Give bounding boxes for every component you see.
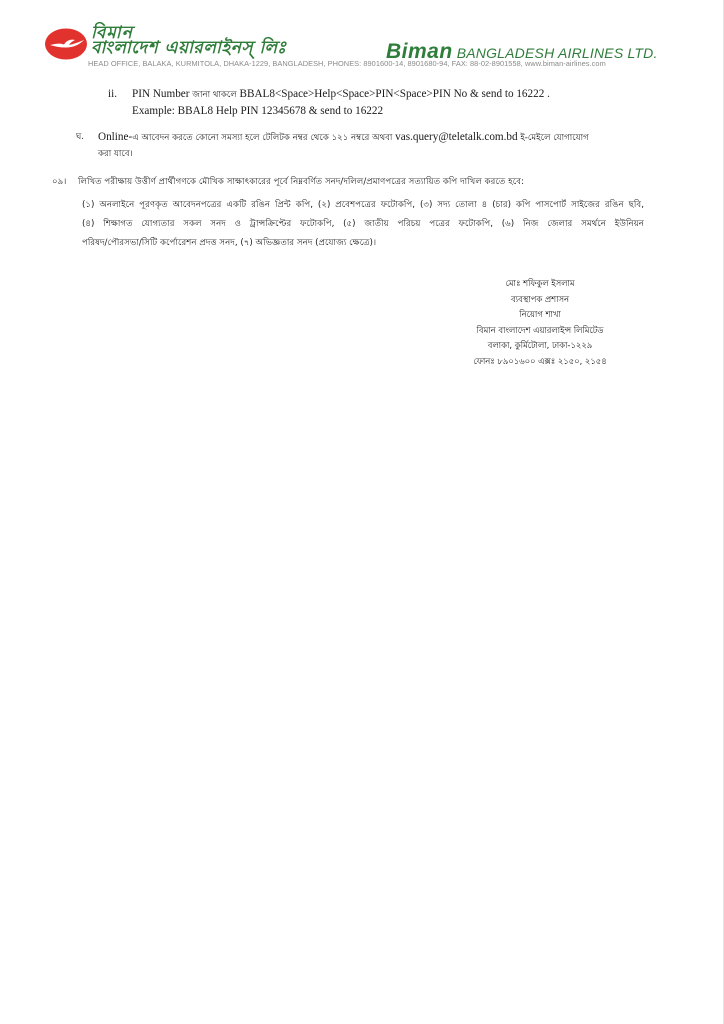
required-documents-list: (১) অনলাইনে পূরণকৃত আবেদনপত্রের একটি রঙি… xyxy=(82,196,644,253)
section-number: ০৯। xyxy=(52,175,78,189)
support-email: vas.query@teletalk.com.bd xyxy=(395,131,517,143)
requirement-line: (৪) শিক্ষাগত যোগ্যতার সকল সনদ ও ট্রান্সক… xyxy=(82,215,644,234)
letterhead: বিমান বাংলাদেশ এয়ারলাইনস্ লিঃ BimanBANG… xyxy=(44,26,644,72)
pin-instruction-example: Example: BBAL8 Help PIN 12345678 & send … xyxy=(132,103,550,120)
pin-instruction-bengali: জানা থাকলে xyxy=(192,90,236,100)
list-marker: ঘ. xyxy=(76,129,84,145)
list-marker: ii. xyxy=(108,86,117,102)
requirement-line: (১) অনলাইনে পূরণকৃত আবেদনপত্রের একটি রঙি… xyxy=(82,196,644,215)
online-word: Online- xyxy=(98,131,132,143)
signatory-designation: ব্যবস্থাপক প্রশাসন xyxy=(440,292,640,308)
online-help-line2: করা যাবে। xyxy=(98,146,589,163)
pin-instruction-format: BBAL8<Space>Help<Space>PIN<Space>PIN No … xyxy=(237,88,550,100)
pin-instruction-text: PIN Number xyxy=(132,88,192,100)
signatory-phone: ফোনঃ ৮৯০১৬০০ এক্সঃ ২১৫০, ২১৫৪ xyxy=(440,354,640,370)
signatory-organization: বিমান বাংলাদেশ এয়ারলাইন্স লিমিটেড xyxy=(440,323,640,339)
online-help-bengali: এ আবেদন করতে কোনো সমস্যা হলে টেলিটক নম্ব… xyxy=(132,133,395,143)
signatory-department: নিয়োগ শাখা xyxy=(440,307,640,323)
section-09-heading: ০৯।লিখিত পরীক্ষায় উত্তীর্ণ প্রার্থীগণকে… xyxy=(52,175,524,189)
bengali-name-line2: বাংলাদেশ এয়ারলাইনস্ লিঃ xyxy=(91,41,287,56)
biman-logo-icon xyxy=(44,28,88,60)
section-09-text: লিখিত পরীক্ষায় উত্তীর্ণ প্রার্থীগণকে মৌ… xyxy=(78,177,524,187)
requirement-line: পরিষদ/পৌরসভা/সিটি কর্পোরেশন প্রদত্ত সনদ,… xyxy=(82,234,644,253)
signature-block: মোঃ শফিকুল ইসলাম ব্যবস্থাপক প্রশাসন নিয়… xyxy=(440,276,640,369)
pin-instruction-line1: PIN Number জানা থাকলে BBAL8<Space>Help<S… xyxy=(132,86,550,103)
bengali-company-name: বিমান বাংলাদেশ এয়ারলাইনস্ লিঃ xyxy=(91,26,287,56)
signatory-address: বলাকা, কুর্মিটোলা, ঢাকা-১২২৯ xyxy=(440,338,640,354)
signatory-name: মোঃ শফিকুল ইসলাম xyxy=(440,276,640,292)
letterhead-address: HEAD OFFICE, BALAKA, KURMITOLA, DHAKA-12… xyxy=(88,59,606,68)
online-help-bengali-2: ই-মেইলে যোগাযোগ xyxy=(518,133,589,143)
online-help-line1: Online-এ আবেদন করতে কোনো সমস্যা হলে টেলি… xyxy=(98,129,589,146)
